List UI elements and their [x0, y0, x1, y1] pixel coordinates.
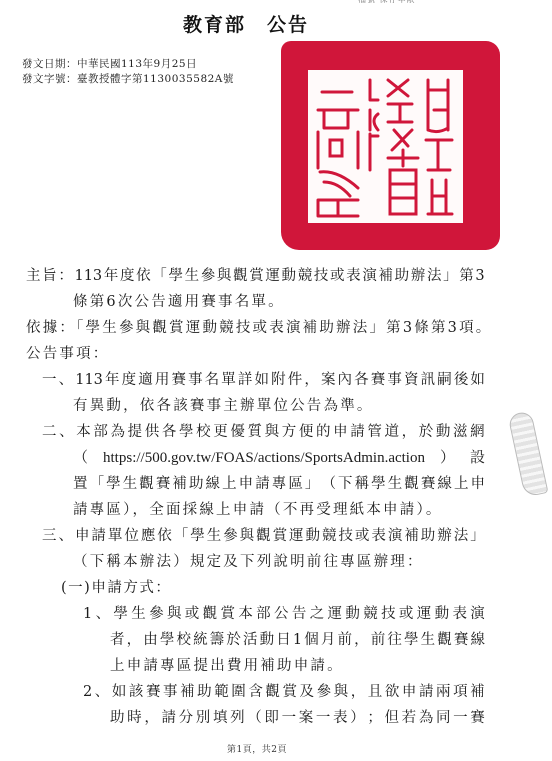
item-2-line-3: 置「學生觀賽補助線上申請專區」（下稱學生觀賽線上申: [73, 475, 485, 493]
item-3-line-1: 三、申請單位應依「學生參與觀賞運動競技或表演補助辦法」: [42, 527, 485, 545]
point-1-line-3: 上申請專區提出費用補助申請。: [110, 657, 344, 675]
official-seal-icon: [281, 41, 500, 250]
subitem-application-method: (一)申請方式：: [61, 579, 171, 597]
page-title: 教育部 公告: [183, 10, 309, 37]
point-2-line-1: 2、如該賽事補助範圍含觀賞及參與，且欲申請兩項補: [83, 683, 485, 701]
item-2-url-line: （https://500.gov.tw/FOAS/actions/SportsA…: [73, 449, 485, 467]
page-number: 第1頁，共2頁: [227, 742, 287, 755]
point-1-line-1: 1、學生參與或觀賞本部公告之運動競技或運動表演: [83, 605, 485, 623]
subject-line-1: 主旨：113年度依「學生參與觀賞運動競技或表演補助辦法」第3: [26, 267, 485, 285]
announcement-heading: 公告事項：: [26, 345, 110, 363]
item-2-line-4: 請專區），全面採線上申請（不再受理紙本申請）。: [73, 501, 443, 519]
point-1-line-2: 者，由學校統籌於活動日1個月前，前往學生觀賽線: [110, 631, 485, 649]
document-number: 發文字號：臺教授體字第1130035582A號: [22, 71, 234, 86]
basis-line: 依據：「學生參與觀賞運動競技或表演補助辦法」第3條第3項。: [26, 319, 493, 337]
binding-stamp-icon: [508, 410, 549, 497]
item-2-line-1: 二、本部為提供各學校更優質與方便的申請管道，於動滋網: [42, 423, 485, 441]
issue-date: 發文日期：中華民國113年9月25日: [22, 56, 197, 71]
point-2-line-2: 助時，請分別填列（即一案一表）；但若為同一賽: [110, 709, 485, 727]
item-1-line-1: 一、113年度適用賽事名單詳如附件，案內各賽事資訊嗣後如: [42, 371, 485, 389]
item-1-line-2: 有異動，依各該賽事主辦單位公告為準。: [73, 397, 374, 415]
subject-line-2: 條第6次公告適用賽事名單。: [73, 293, 285, 311]
clipped-header-text: 檔號 保存年限: [358, 0, 416, 5]
item-3-line-2: （下稱本辦法）規定及下列說明前往專區辦理：: [73, 553, 424, 571]
seal-glyphs-icon: [308, 70, 463, 223]
